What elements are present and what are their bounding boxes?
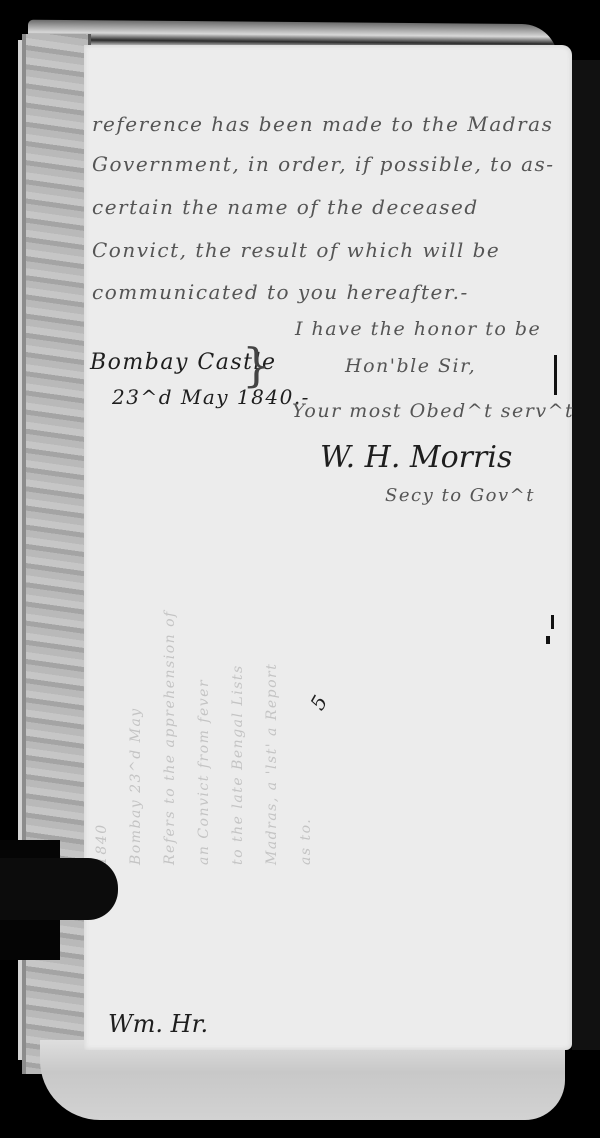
body-line-1: reference has been made to the Madras	[92, 112, 553, 136]
endorsement: 1840 Bombay 23^d May Refers to the appre…	[85, 655, 325, 865]
endorsement-line-5: to the late Bengal Lists	[221, 655, 255, 865]
edge-mark-2	[551, 615, 554, 629]
closing-line-3: Your most Obed^t serv^t	[292, 400, 574, 422]
body-line-5: communicated to you hereafter.-	[92, 280, 469, 304]
endorsement-line-7: as to.	[289, 655, 323, 865]
endorsement-line-1: 1840	[85, 655, 119, 865]
endorsement-line-6: Madras, a 'lst' a Report	[255, 655, 289, 865]
endorsement-line-2: Bombay 23^d May	[119, 655, 153, 865]
binder-clip	[0, 858, 118, 920]
body-line-2: Government, in order, if possible, to as…	[92, 152, 555, 176]
signature-title: Secy to Gov^t	[385, 485, 535, 506]
edge-mark-3	[546, 636, 550, 644]
date: 23^d May 1840.-	[112, 385, 310, 409]
closing-line-1: I have the honor to be	[295, 318, 541, 340]
brace-left: }	[242, 338, 271, 392]
endorsement-line-3: Refers to the apprehension of	[153, 655, 187, 865]
edge-mark-1	[554, 355, 557, 395]
endorsement-line-4: an Convict from fever	[187, 655, 221, 865]
right-dark-margin	[572, 60, 600, 1050]
signature: W. H. Morris	[320, 440, 512, 475]
body-line-3: certain the name of the deceased	[92, 195, 479, 219]
closing-line-2: Hon'ble Sir,	[345, 355, 476, 377]
page-stack-bottom-edge	[40, 1040, 565, 1120]
bottom-signature: Wm. Hr.	[108, 1010, 208, 1038]
body-line-4: Convict, the result of which will be	[92, 238, 500, 262]
